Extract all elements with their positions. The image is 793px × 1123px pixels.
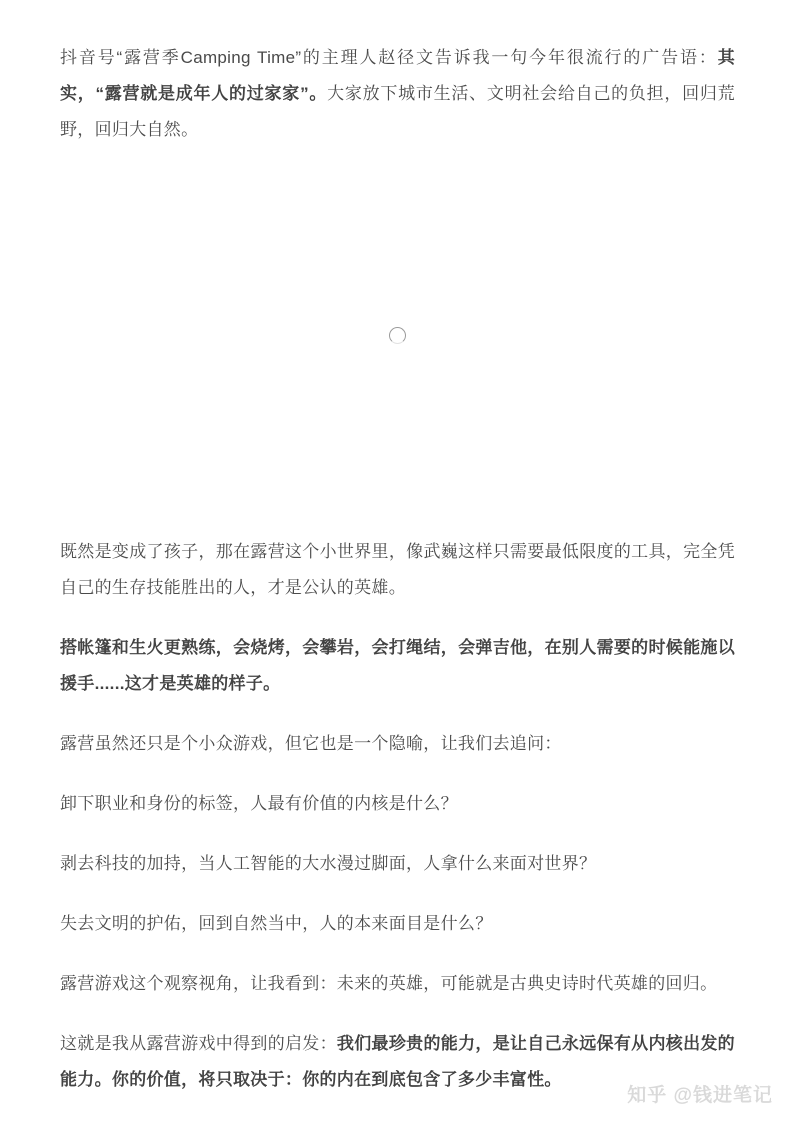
paragraph: 露营虽然还只是个小众游戏，但它也是一个隐喻，让我们去追问： [60,726,735,762]
paragraph: 搭帐篷和生火更熟练，会烧烤，会攀岩，会打绳结，会弹吉他，在别人需要的时候能施以援… [60,630,735,702]
text-segment: 露营虽然还只是个小众游戏，但它也是一个隐喻，让我们去追问： [60,734,562,753]
paragraph: 露营游戏这个观察视角，让我看到：未来的英雄，可能就是古典史诗时代英雄的回归。 [60,966,735,1002]
paragraph: 失去文明的护佑，回到自然当中，人的本来面目是什么？ [60,906,735,942]
paragraph: 抖音号“露营季Camping Time”的主理人赵径文告诉我一句今年很流行的广告… [60,40,735,148]
text-segment: 卸下职业和身份的标签，人最有价值的内核是什么？ [60,794,458,813]
article-body: 抖音号“露营季Camping Time”的主理人赵径文告诉我一句今年很流行的广告… [0,0,793,1098]
text-segment: 搭帐篷和生火更熟练，会烧烤，会攀岩，会打绳结，会弹吉他，在别人需要的时候能施以援… [60,638,735,693]
text-segment: 剥去科技的加持，当人工智能的大水漫过脚面，人拿什么来面对世界？ [60,854,596,873]
image-loading-placeholder [60,172,735,498]
text-segment: 这就是我从露营游戏中得到的启发： [60,1034,337,1053]
paragraph-group-bottom: 既然是变成了孩子，那在露营这个小世界里，像武巍这样只需要最低限度的工具，完全凭自… [60,534,735,1098]
text-segment: 露营游戏这个观察视角，让我看到：未来的英雄，可能就是古典史诗时代英雄的回归。 [60,974,717,993]
text-segment: 抖音号“露营季Camping Time”的主理人赵径文告诉我一句今年很流行的广告… [60,48,718,67]
text-segment: 既然是变成了孩子，那在露营这个小世界里，像武巍这样只需要最低限度的工具，完全凭自… [60,542,735,597]
loading-spinner-icon [389,327,406,344]
text-segment: 失去文明的护佑，回到自然当中，人的本来面目是什么？ [60,914,493,933]
paragraph-group-top: 抖音号“露营季Camping Time”的主理人赵径文告诉我一句今年很流行的广告… [60,40,735,148]
watermark: 知乎 @钱进笔记 [627,1080,773,1107]
paragraph: 既然是变成了孩子，那在露营这个小世界里，像武巍这样只需要最低限度的工具，完全凭自… [60,534,735,606]
paragraph: 剥去科技的加持，当人工智能的大水漫过脚面，人拿什么来面对世界？ [60,846,735,882]
paragraph: 卸下职业和身份的标签，人最有价值的内核是什么？ [60,786,735,822]
